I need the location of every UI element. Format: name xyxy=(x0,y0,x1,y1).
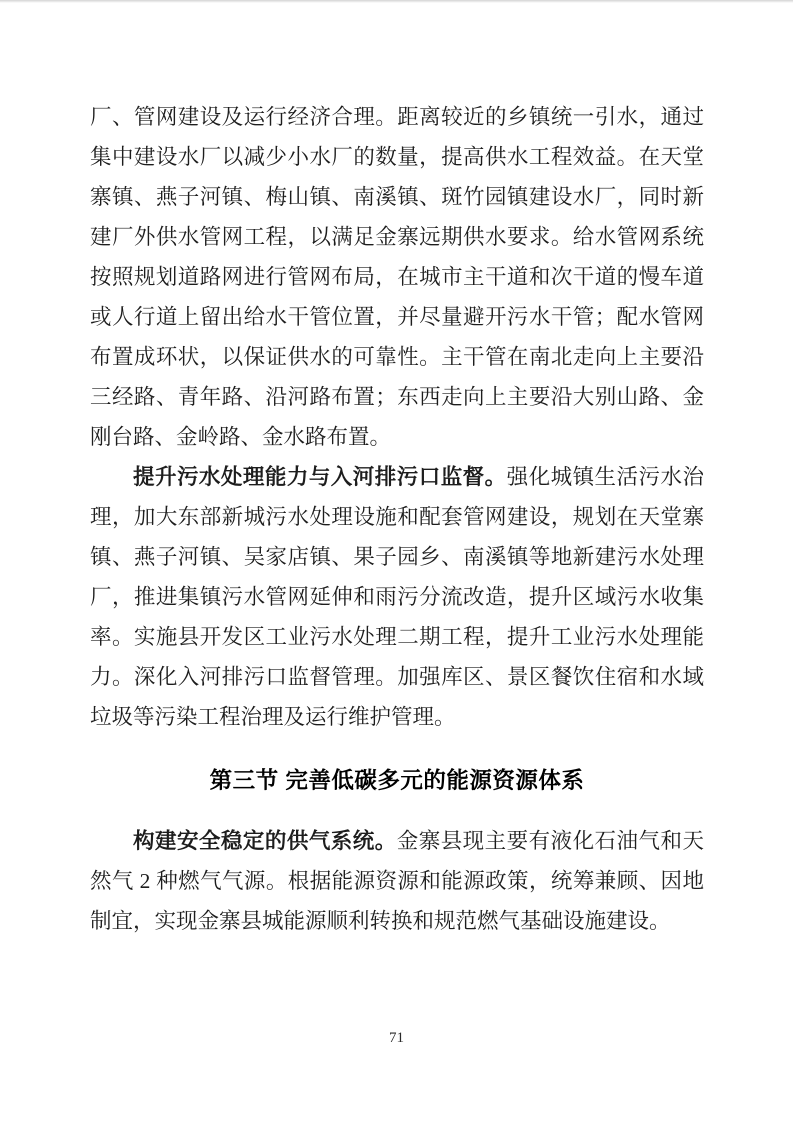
document-body: 厂、管网建设及运行经济合理。距离较近的乡镇统一引水，通过集中建设水厂以减少小水厂… xyxy=(90,97,704,941)
text-run: 垃圾等污染工程治理及运行维护管理。 xyxy=(90,705,456,729)
document-page: 厂、管网建设及运行经济合理。距离较近的乡镇统一引水，通过集中建设水厂以减少小水厂… xyxy=(0,0,793,1122)
section-heading: 第三节 完善低碳多元的能源资源体系 xyxy=(90,761,704,801)
text-run: 或人行道上留出给水干管位置，并尽量避开污水干管；配水管网 xyxy=(90,305,704,329)
text-line: 垃圾等污染工程治理及运行维护管理。 xyxy=(90,697,704,737)
text-line: 按照规划道路网进行管网布局，在城市主干道和次干道的慢车道 xyxy=(90,257,704,297)
text-line: 镇、燕子河镇、吴家店镇、果子园乡、南溪镇等地新建污水处理 xyxy=(90,537,704,577)
text-line: 厂、管网建设及运行经济合理。距离较近的乡镇统一引水，通过 xyxy=(90,97,704,137)
text-run: 厂，推进集镇污水管网延伸和雨污分流改造，提升区域污水收集 xyxy=(90,585,704,609)
paragraph: 构建安全稳定的供气系统。金寨县现主要有液化石油气和天然气 2 种燃气气源。根据能… xyxy=(90,821,704,941)
text-line: 刚台路、金岭路、金水路布置。 xyxy=(90,417,704,457)
text-line: 厂，推进集镇污水管网延伸和雨污分流改造，提升区域污水收集 xyxy=(90,577,704,617)
text-line: 理，加大东部新城污水处理设施和配套管网建设，规划在天堂寨 xyxy=(90,497,704,537)
page-number: 71 xyxy=(0,1028,793,1048)
lead-emphasis: 构建安全稳定的供气系统。 xyxy=(133,829,397,853)
paragraph: 提升污水处理能力与入河排污口监督。强化城镇生活污水治理，加大东部新城污水处理设施… xyxy=(90,457,704,737)
text-line: 三经路、青年路、沿河路布置；东西走向上主要沿大别山路、金 xyxy=(90,377,704,417)
paragraph: 厂、管网建设及运行经济合理。距离较近的乡镇统一引水，通过集中建设水厂以减少小水厂… xyxy=(90,97,704,457)
text-run: 强化城镇生活污水治 xyxy=(507,465,704,489)
text-line: 集中建设水厂以减少小水厂的数量，提高供水工程效益。在天堂 xyxy=(90,137,704,177)
text-line: 制宜，实现金寨县城能源顺利转换和规范燃气基础设施建设。 xyxy=(90,901,704,941)
text-line: 率。实施县开发区工业污水处理二期工程，提升工业污水处理能 xyxy=(90,617,704,657)
text-line: 建厂外供水管网工程，以满足金寨远期供水要求。给水管网系统 xyxy=(90,217,704,257)
text-line: 提升污水处理能力与入河排污口监督。强化城镇生活污水治 xyxy=(90,457,704,497)
text-run: 制宜，实现金寨县城能源顺利转换和规范燃气基础设施建设。 xyxy=(90,909,671,933)
text-run: 集中建设水厂以减少小水厂的数量，提高供水工程效益。在天堂 xyxy=(90,145,704,169)
text-line: 寨镇、燕子河镇、梅山镇、南溪镇、斑竹园镇建设水厂，同时新 xyxy=(90,177,704,217)
text-run: 三经路、青年路、沿河路布置；东西走向上主要沿大别山路、金 xyxy=(90,385,704,409)
text-run: 然气 2 种燃气气源。根据能源资源和能源政策，统筹兼顾、因地 xyxy=(90,869,704,893)
text-run: 力。深化入河排污口监督管理。加强库区、景区餐饮住宿和水域 xyxy=(90,665,704,689)
text-line: 布置成环状，以保证供水的可靠性。主干管在南北走向上主要沿 xyxy=(90,337,704,377)
text-run: 建厂外供水管网工程，以满足金寨远期供水要求。给水管网系统 xyxy=(90,225,704,249)
text-run: 刚台路、金岭路、金水路布置。 xyxy=(90,425,391,449)
text-run: 金寨县现主要有液化石油气和天 xyxy=(397,829,704,853)
text-run: 寨镇、燕子河镇、梅山镇、南溪镇、斑竹园镇建设水厂，同时新 xyxy=(90,185,704,209)
text-run: 厂、管网建设及运行经济合理。距离较近的乡镇统一引水，通过 xyxy=(90,105,704,129)
text-line: 力。深化入河排污口监督管理。加强库区、景区餐饮住宿和水域 xyxy=(90,657,704,697)
text-run: 按照规划道路网进行管网布局，在城市主干道和次干道的慢车道 xyxy=(90,265,704,289)
text-run: 布置成环状，以保证供水的可靠性。主干管在南北走向上主要沿 xyxy=(90,345,704,369)
text-run: 镇、燕子河镇、吴家店镇、果子园乡、南溪镇等地新建污水处理 xyxy=(90,545,704,569)
text-run: 理，加大东部新城污水处理设施和配套管网建设，规划在天堂寨 xyxy=(90,505,704,529)
lead-emphasis: 提升污水处理能力与入河排污口监督。 xyxy=(133,465,507,489)
text-line: 然气 2 种燃气气源。根据能源资源和能源政策，统筹兼顾、因地 xyxy=(90,861,704,901)
page-edge-shadow xyxy=(0,0,793,3)
text-line: 构建安全稳定的供气系统。金寨县现主要有液化石油气和天 xyxy=(90,821,704,861)
text-run: 率。实施县开发区工业污水处理二期工程，提升工业污水处理能 xyxy=(90,625,704,649)
text-line: 或人行道上留出给水干管位置，并尽量避开污水干管；配水管网 xyxy=(90,297,704,337)
